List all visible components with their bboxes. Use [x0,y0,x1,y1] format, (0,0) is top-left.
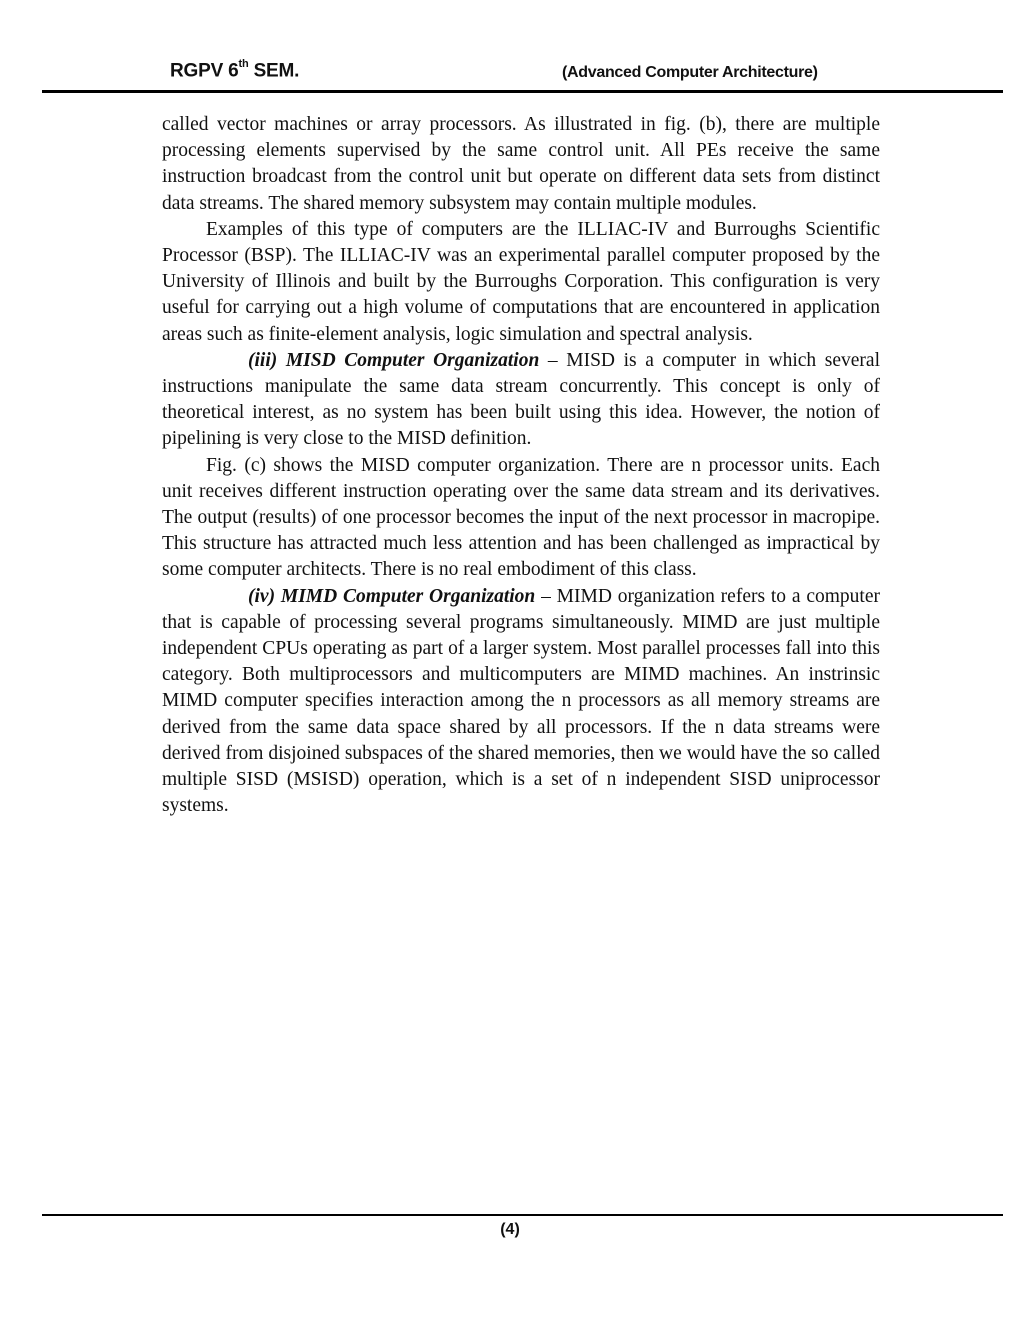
course-label-main: RGPV 6 [170,60,239,81]
paragraph-simd-examples: Examples of this type of computers are t… [162,217,880,348]
course-label: RGPV 6th SEM. [170,60,299,82]
paragraph-mimd: (iv) MIMD Computer Organization – MIMD o… [162,584,880,820]
page-number: (4) [0,1221,1020,1239]
paragraph-misd: (iii) MISD Computer Organization – MISD … [162,348,880,453]
course-label-tail: SEM. [248,60,299,81]
subject-title: (Advanced Computer Architecture) [562,64,818,82]
page-header: RGPV 6th SEM. (Advanced Computer Archite… [42,58,1003,92]
header-rule [42,90,1003,93]
paragraph-mimd-text: – MIMD organization refers to a computer… [162,586,880,817]
section-heading-misd: (iii) MISD Computer Organization [248,350,539,371]
paragraph-misd-figure: Fig. (c) shows the MISD computer organiz… [162,453,880,584]
footer-rule [42,1214,1003,1216]
paragraph-simd-continued: called vector machines or array processo… [162,112,880,217]
page-body: called vector machines or array processo… [162,112,880,819]
course-label-sup: th [239,58,249,70]
section-heading-mimd: (iv) MIMD Computer Organization [248,586,535,607]
